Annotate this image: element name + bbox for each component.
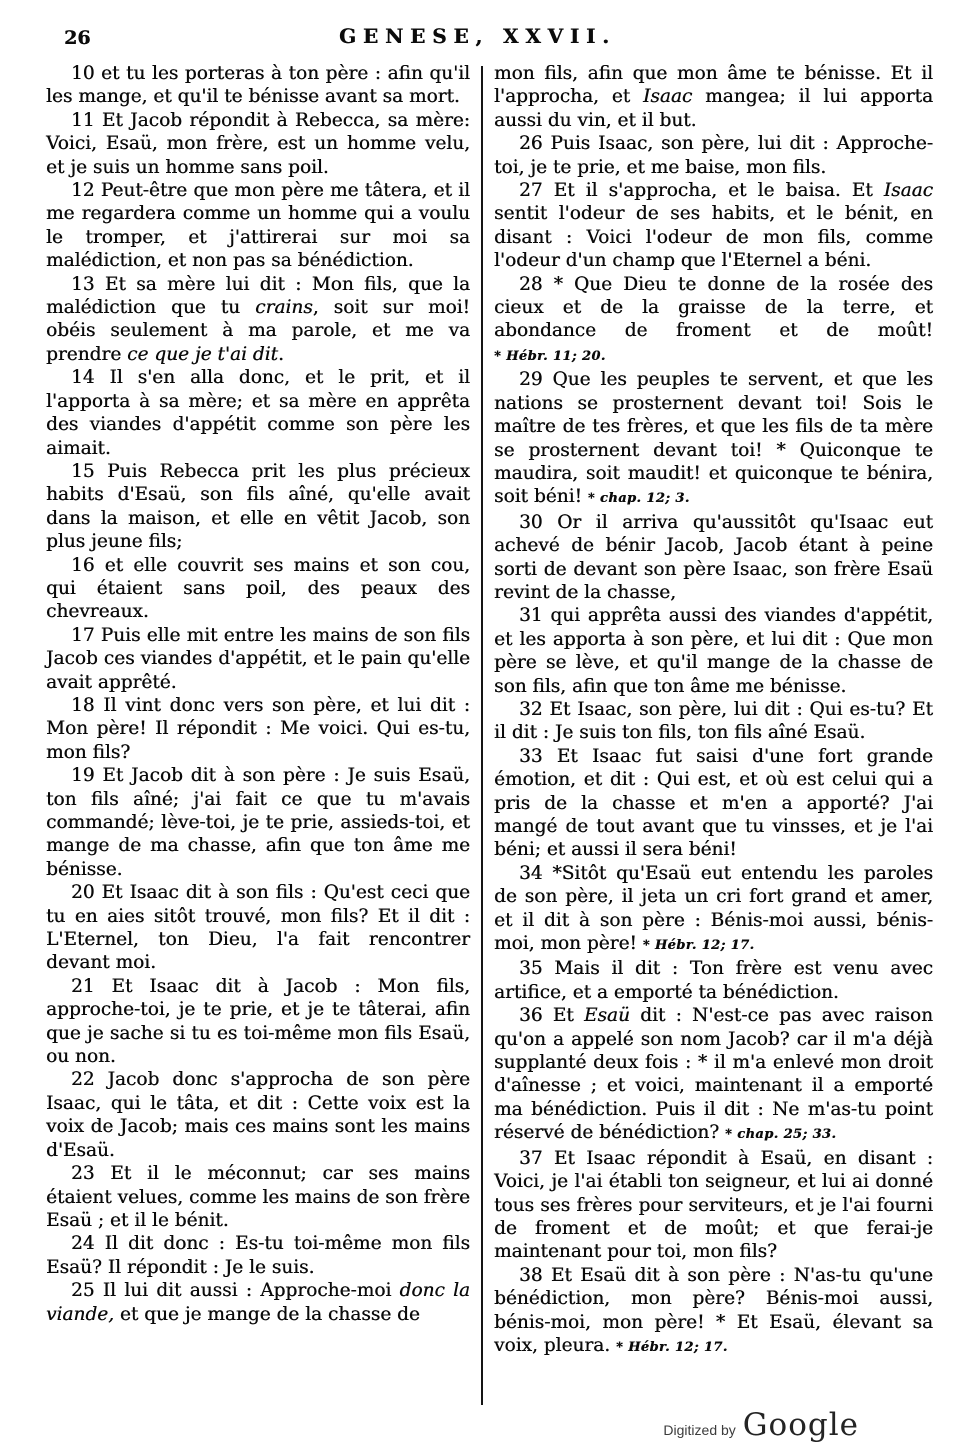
verse-text-segment: 18 Il vint donc vers son père, et lui di…	[46, 695, 470, 763]
verse-text-segment: 24 Il dit donc : Es-tu toi-même mon fils…	[46, 1233, 470, 1277]
verse-paragraph: 24 Il dit donc : Es-tu toi-même mon fils…	[46, 1232, 470, 1279]
footnote-reference: * Hébr. 12; 17.	[643, 938, 755, 953]
book-page: 26 GENESE, XXVII. 10 et tu les porteras …	[0, 0, 955, 1455]
left-column: 10 et tu les porteras à ton père : afin …	[46, 62, 470, 1405]
verse-paragraph: 20 Et Isaac dit à son fils : Qu'est ceci…	[46, 881, 470, 975]
page-number: 26	[64, 27, 90, 49]
verse-text-segment: .	[278, 344, 284, 365]
verse-paragraph: 29 Que les peuples te servent, et que le…	[494, 368, 933, 510]
footnote-reference: * Hébr. 11; 20.	[494, 349, 606, 364]
verse-text-segment: 28 * Que Dieu te donne de la rosée des c…	[494, 274, 933, 342]
verse-paragraph: 21 Et Isaac dit à Jacob : Mon fils, appr…	[46, 975, 470, 1069]
verse-text-segment: 22 Jacob donc s'approcha de son père Isa…	[46, 1069, 470, 1160]
column-divider-rule	[481, 66, 483, 1405]
verse-paragraph: 11 Et Jacob répondit à Rebecca, sa mère:…	[46, 109, 470, 179]
verse-paragraph: 12 Peut-être que mon père me tâtera, et …	[46, 179, 470, 273]
verse-text-segment: 36 Et	[519, 1005, 584, 1026]
google-logo: Google	[743, 1407, 859, 1443]
verse-paragraph: 22 Jacob donc s'approcha de son père Isa…	[46, 1068, 470, 1162]
verse-text-segment: 20 Et Isaac dit à son fils : Qu'est ceci…	[46, 882, 470, 973]
verse-paragraph: 15 Puis Rebecca prit les plus précieux h…	[46, 460, 470, 554]
verse-paragraph: 18 Il vint donc vers son père, et lui di…	[46, 694, 470, 764]
verse-paragraph: mon fils, afin que mon âme te bénisse. E…	[494, 62, 933, 132]
verse-text-segment: 33 Et Isaac fut saisi d'une fort grande …	[494, 746, 933, 861]
verse-text-segment: Esaü	[584, 1005, 630, 1026]
verse-text-segment: 14 Il s'en alla donc, et le prit, et il …	[46, 367, 470, 458]
verse-text-segment: et que je mange de la chasse de	[114, 1304, 420, 1325]
footnote-reference: * chap. 25; 33.	[725, 1127, 836, 1142]
verse-paragraph: 23 Et il le méconnut; car ses mains étai…	[46, 1162, 470, 1232]
verse-paragraph: 36 Et Esaü dit : N'est-ce pas avec raiso…	[494, 1004, 933, 1146]
verse-text-segment: sentit l'odeur de ses habits, et le béni…	[494, 203, 933, 271]
footnote-reference: * Hébr. 12; 17.	[616, 1340, 728, 1355]
verse-paragraph: 33 Et Isaac fut saisi d'une fort grande …	[494, 745, 933, 862]
verse-text-segment: 17 Puis elle mit entre les mains de son …	[46, 625, 470, 693]
verse-text-segment: 10 et tu les porteras à ton père : afin …	[46, 63, 470, 107]
verse-paragraph: 31 qui apprêta aussi des viandes d'appét…	[494, 604, 933, 698]
verse-paragraph: 25 Il lui dit aussi : Approche-moi donc …	[46, 1279, 470, 1326]
verse-text-segment: 31 qui apprêta aussi des viandes d'appét…	[494, 605, 933, 696]
running-head-title: GENESE, XXVII.	[0, 24, 955, 48]
verse-text-segment: 37 Et Isaac répondit à Esaü, en disant :…	[494, 1148, 933, 1263]
verse-paragraph: 16 et elle couvrit ses mains et son cou,…	[46, 554, 470, 624]
digitized-by-label: Digitized by	[663, 1422, 735, 1438]
verse-paragraph: 14 Il s'en alla donc, et le prit, et il …	[46, 366, 470, 460]
verse-text-segment: 21 Et Isaac dit à Jacob : Mon fils, appr…	[46, 976, 470, 1067]
verse-paragraph: 34 *Sitôt qu'Esaü eut entendu les parole…	[494, 862, 933, 958]
verse-paragraph: 38 Et Esaü dit à son père : N'as-tu qu'u…	[494, 1264, 933, 1360]
verse-text-segment: crains	[255, 297, 313, 318]
verse-text-segment: 35 Mais il dit : Ton frère est venu avec…	[494, 958, 933, 1002]
verse-text-segment: 16 et elle couvrit ses mains et son cou,…	[46, 555, 470, 623]
verse-text-segment: 19 Et Jacob dit à son père : Je suis Esa…	[46, 765, 470, 880]
right-column: mon fils, afin que mon âme te bénisse. E…	[494, 62, 933, 1405]
verse-paragraph: 30 Or il arriva qu'aussitôt qu'Isaac eut…	[494, 511, 933, 605]
verse-text-segment: 23 Et il le méconnut; car ses mains étai…	[46, 1163, 470, 1231]
verse-paragraph: 28 * Que Dieu te donne de la rosée des c…	[494, 273, 933, 369]
verse-text-segment: Isaac	[643, 86, 692, 107]
footnote-reference: * chap. 12; 3.	[588, 491, 690, 506]
verse-paragraph: 10 et tu les porteras à ton père : afin …	[46, 62, 470, 109]
verse-text-segment: 29 Que les peuples te servent, et que le…	[494, 369, 933, 507]
digitized-footer: Digitized by Google	[663, 1407, 859, 1443]
verse-text-segment: 30 Or il arriva qu'aussitôt qu'Isaac eut…	[494, 512, 933, 603]
verse-text-segment: 27 Et il s'approcha, et le baisa. Et	[519, 180, 884, 201]
verse-paragraph: 13 Et sa mère lui dit : Mon fils, que la…	[46, 273, 470, 367]
verse-paragraph: 19 Et Jacob dit à son père : Je suis Esa…	[46, 764, 470, 881]
verse-paragraph: 26 Puis Isaac, son père, lui dit : Appro…	[494, 132, 933, 179]
page-header: 26 GENESE, XXVII.	[0, 24, 955, 56]
verse-text-segment: 26 Puis Isaac, son père, lui dit : Appro…	[494, 133, 933, 177]
text-columns: 10 et tu les porteras à ton père : afin …	[46, 62, 933, 1405]
verse-text-segment: 15 Puis Rebecca prit les plus précieux h…	[46, 461, 470, 552]
verse-text-segment: 12 Peut-être que mon père me tâtera, et …	[46, 180, 470, 271]
verse-paragraph: 27 Et il s'approcha, et le baisa. Et Isa…	[494, 179, 933, 273]
verse-text-segment: 25 Il lui dit aussi : Approche-moi	[71, 1280, 400, 1301]
verse-text-segment: 32 Et Isaac, son père, lui dit : Qui es-…	[494, 699, 933, 743]
verse-paragraph: 17 Puis elle mit entre les mains de son …	[46, 624, 470, 694]
verse-paragraph: 32 Et Isaac, son père, lui dit : Qui es-…	[494, 698, 933, 745]
verse-text-segment: 11 Et Jacob répondit à Rebecca, sa mère:…	[46, 110, 470, 178]
verse-paragraph: 37 Et Isaac répondit à Esaü, en disant :…	[494, 1147, 933, 1264]
verse-text-segment: Isaac	[884, 180, 933, 201]
verse-paragraph: 35 Mais il dit : Ton frère est venu avec…	[494, 957, 933, 1004]
verse-text-segment: ce que je t'ai dit	[127, 344, 278, 365]
